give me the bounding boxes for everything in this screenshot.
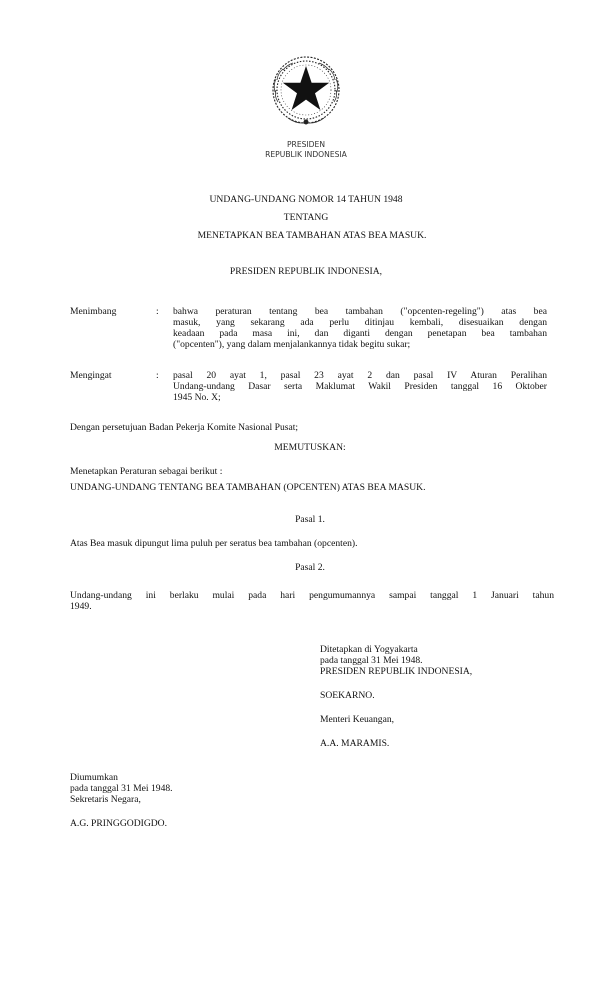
- header-presiden: PRESIDEN: [206, 140, 406, 150]
- article-1-heading: Pasal 1.: [4, 514, 612, 525]
- text-line: Undang-undang Dasar serta Maklumat Wakil…: [173, 381, 547, 392]
- enacted-office: PRESIDEN REPUBLIK INDONESIA,: [320, 666, 540, 677]
- consideration-label: Menimbang: [70, 306, 116, 317]
- text-line: keadaan pada masa ini, dan diganti denga…: [173, 328, 547, 339]
- promulgated-label: Diumumkan: [70, 772, 550, 783]
- article-2-text: Undang-undang ini berlaku mulai pada har…: [70, 590, 554, 612]
- text-line: bahwa peraturan tentang bea tambahan ("o…: [173, 306, 547, 317]
- issuer-heading: PRESIDEN REPUBLIK INDONESIA,: [0, 266, 612, 277]
- document-page: PRESIDEN REPUBLIK INDONESIA UNDANG-UNDAN…: [0, 0, 612, 1008]
- enactment-intro: Menetapkan Peraturan sebagai berikut :: [70, 466, 550, 477]
- presidential-emblem-icon: [268, 52, 344, 134]
- enacted-place: Ditetapkan di Yogyakarta: [320, 644, 540, 655]
- text-line: ("opcenten"), yang dalam menjalankannya …: [173, 339, 547, 350]
- text-line: 1945 No. X;: [173, 392, 547, 403]
- text-line: 1949.: [70, 601, 554, 612]
- text-line: masuk, yang sekarang ada perlu ditinjau …: [173, 317, 547, 328]
- law-tentang: TENTANG: [0, 212, 612, 223]
- header-republik-indonesia: REPUBLIK INDONESIA: [206, 150, 406, 160]
- article-1-text: Atas Bea masuk dipungut lima puluh per s…: [70, 538, 550, 549]
- consideration-text: pasal 20 ayat 1, pasal 23 ayat 2 dan pas…: [173, 370, 547, 403]
- consideration-label: Mengingat: [70, 370, 112, 381]
- text-line: pasal 20 ayat 1, pasal 23 ayat 2 dan pas…: [173, 370, 547, 381]
- minister-title: Menteri Keuangan,: [320, 714, 540, 725]
- text-line: Undang-undang ini berlaku mulai pada har…: [70, 590, 554, 601]
- enactment-title: UNDANG-UNDANG TENTANG BEA TAMBAHAN (OPCE…: [70, 482, 550, 493]
- secretary-signatory: A.G. PRINGGODIGDO.: [70, 818, 550, 829]
- enacted-date: pada tanggal 31 Mei 1948.: [320, 655, 540, 666]
- consideration-text: bahwa peraturan tentang bea tambahan ("o…: [173, 306, 547, 350]
- consideration-colon: :: [156, 370, 159, 381]
- consideration-colon: :: [156, 306, 159, 317]
- approval-statement: Dengan persetujuan Badan Pekerja Komite …: [70, 422, 550, 433]
- law-number-title: UNDANG-UNDANG NOMOR 14 TAHUN 1948: [0, 194, 612, 205]
- article-2-heading: Pasal 2.: [4, 562, 612, 573]
- law-subject: MENETAPKAN BEA TAMBAHAN ATAS BEA MASUK.: [6, 230, 612, 241]
- promulgated-date: pada tanggal 31 Mei 1948.: [70, 783, 550, 794]
- president-signatory: SOEKARNO.: [320, 690, 540, 701]
- decision-heading: MEMUTUSKAN:: [4, 442, 612, 453]
- minister-signatory: A.A. MARAMIS.: [320, 738, 540, 749]
- promulgated-office: Sekretaris Negara,: [70, 794, 550, 805]
